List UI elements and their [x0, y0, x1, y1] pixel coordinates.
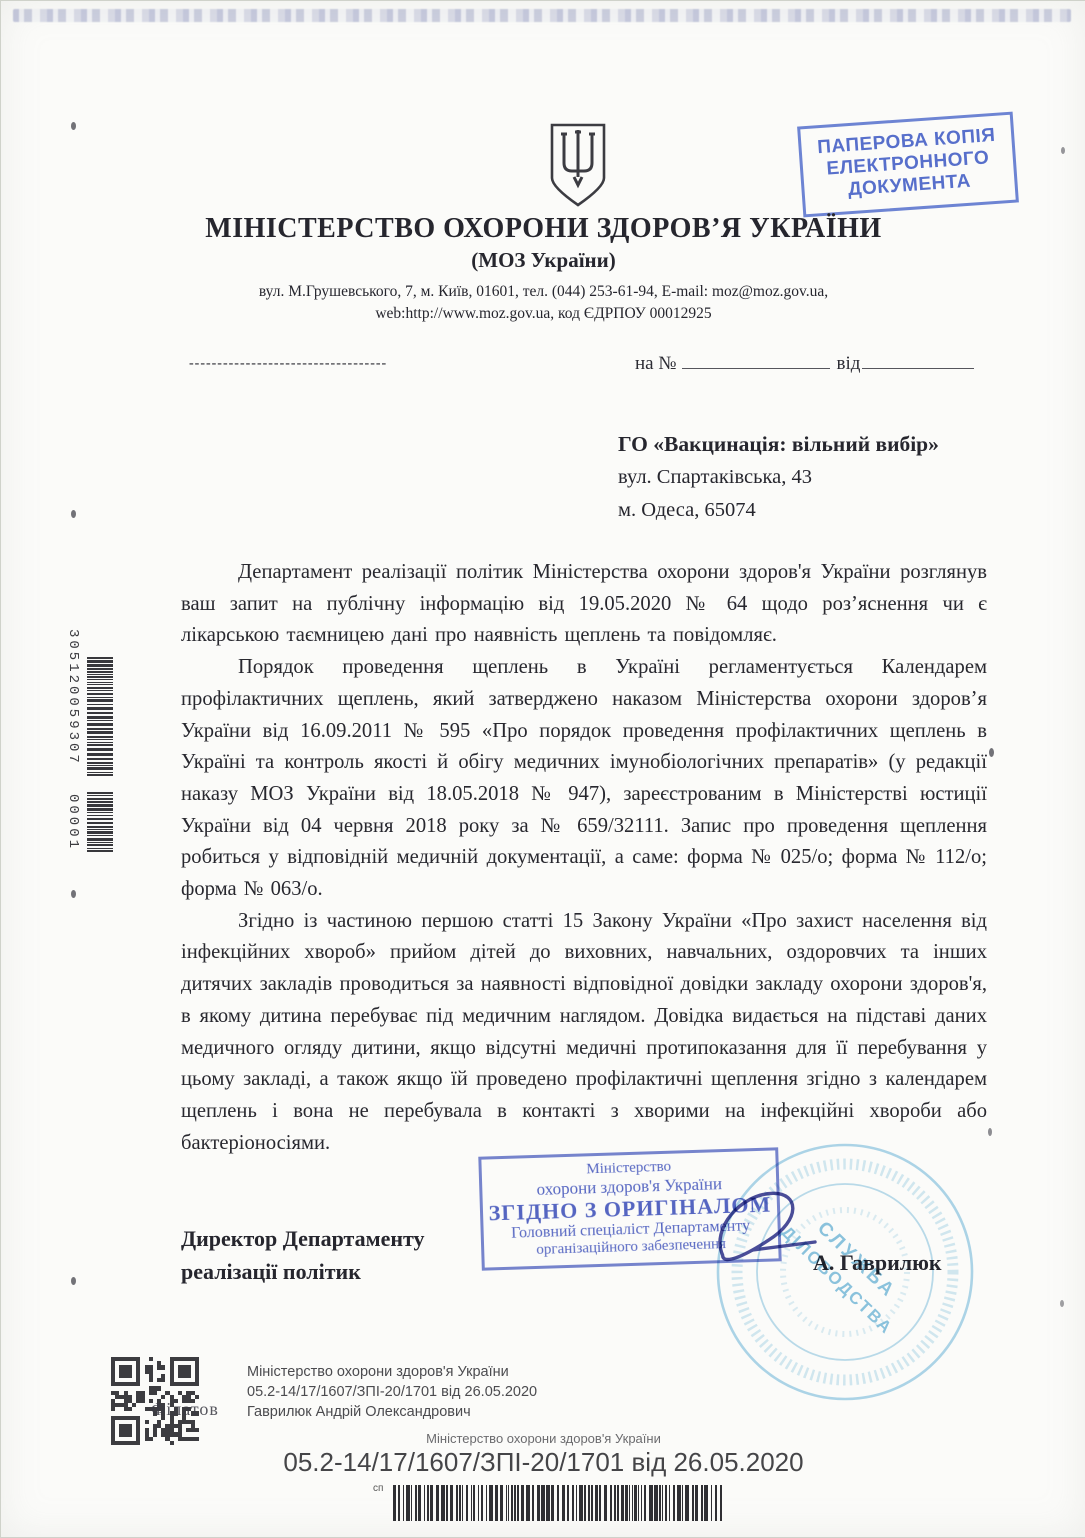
reference-fields: на №від: [635, 353, 974, 375]
body-paragraph-3: Згідно із частиною першою статті 15 Зако…: [181, 906, 987, 1160]
side-barcode-icon: [87, 792, 113, 854]
side-barcode-icon: [87, 657, 113, 778]
outgoing-number-dash-line: -----------------------------------: [189, 356, 387, 372]
reference-number-blank: [682, 353, 830, 369]
ministry-address-line1: вул. М.Грушевського, 7, м. Київ, 01601, …: [1, 283, 1085, 301]
signer-title: Директор Департаменту реалізації політик: [181, 1222, 425, 1288]
recipient-block: ГО «Вакцинація: вільний вибір» вул. Спар…: [618, 428, 939, 527]
records-service-round-stamp: СЛУЖБА ДІЛОВОДСТВА: [714, 1141, 976, 1408]
registration-signer: Гаврилюк Андрій Олександрович: [247, 1402, 537, 1422]
footer-barcode-icon: [393, 1485, 721, 1521]
body-paragraph-1: Департамент реалізації політик Міністерс…: [181, 557, 987, 652]
registration-number: 05.2-14/17/1607/ЗПІ-20/1701 від 26.05.20…: [247, 1382, 537, 1402]
signer-title-line1: Директор Департаменту: [181, 1222, 425, 1255]
letter-body: Департамент реалізації політик Міністерс…: [181, 557, 987, 1159]
scan-speck: [71, 890, 76, 898]
reference-date-blank: [862, 353, 974, 369]
ministry-name: МІНІСТЕРСТВО ОХОРОНИ ЗДОРОВ’Я УКРАЇНИ: [1, 213, 1085, 245]
scan-speck: [989, 748, 994, 757]
recipient-city: м. Одеса, 65074: [618, 494, 939, 527]
scan-noise-band: [13, 9, 1071, 22]
ministry-short-name: (МОЗ України): [1, 248, 1085, 273]
scan-speck: [71, 122, 76, 130]
body-paragraph-2: Порядок проведення щеплень в Україні рег…: [181, 652, 987, 906]
scan-speck: [1060, 1300, 1064, 1307]
recipient-street: вул. Спартаківська, 43: [618, 461, 939, 494]
scan-speck: [1061, 147, 1065, 154]
registration-stamp-text: Міністерство охорони здоров'я України 05…: [247, 1362, 537, 1422]
ministry-address-line2: web:http://www.moz.gov.ua, код ЄДРПОУ 00…: [1, 305, 1085, 323]
recipient-name: ГО «Вакцинація: вільний вибір»: [618, 428, 939, 461]
signer-title-line2: реалізації політик: [181, 1255, 425, 1288]
scan-speck: [988, 1128, 992, 1136]
scanned-letter-page: ПАПЕРОВА КОПІЯ ЕЛЕКТРОННОГО ДОКУМЕНТА МІ…: [0, 0, 1085, 1538]
paper-copy-stamp: ПАПЕРОВА КОПІЯ ЕЛЕКТРОННОГО ДОКУМЕНТА: [797, 112, 1019, 218]
reference-number-label: на №: [635, 353, 676, 374]
footer-ministry: Міністерство охорони здоров'я України: [1, 1431, 1085, 1446]
ukraine-trident-emblem-icon: [547, 121, 609, 209]
scan-speck: [71, 1277, 76, 1285]
side-barcode-number-tail: 00001: [65, 794, 81, 851]
footer-barcode-label: сп: [373, 1483, 383, 1494]
overlapping-name-artifact: Філатов: [151, 1399, 219, 1420]
scan-speck: [71, 510, 76, 518]
footer-document-number: 05.2-14/17/1607/ЗПІ-20/1701 від 26.05.20…: [1, 1447, 1085, 1478]
registration-ministry: Міністерство охорони здоров'я України: [247, 1362, 537, 1382]
side-barcode-number: 305120059307: [65, 629, 81, 766]
reference-date-label: від: [836, 353, 860, 374]
